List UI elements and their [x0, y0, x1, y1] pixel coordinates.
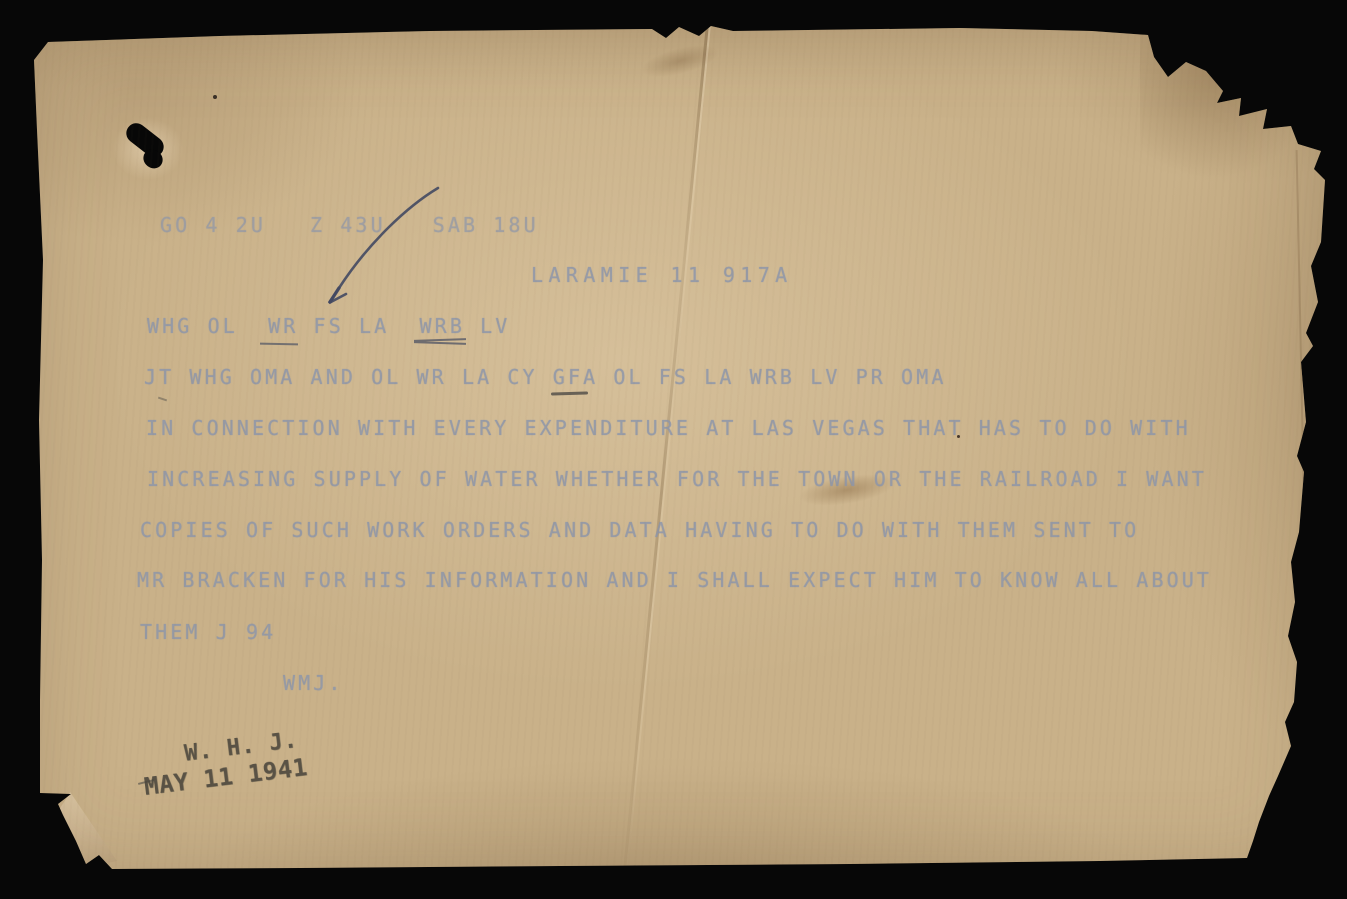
origin-dateline: LARAMIE 11 917A — [531, 264, 793, 286]
body-line: COPIES OF SUCH WORK ORDERS AND DATA HAVI… — [140, 519, 1139, 541]
service-code: GO 4 2U — [160, 213, 266, 237]
pencil-mark — [158, 397, 167, 402]
pen-underline-wr — [260, 343, 298, 346]
pen-slash-mark — [295, 176, 465, 321]
ink-speck — [213, 95, 217, 99]
body-line: MR BRACKEN FOR HIS INFORMATION AND I SHA… — [137, 569, 1212, 591]
scan-background: GO 4 2UZ 43USAB 18U LARAMIE 11 917A WHG … — [0, 0, 1347, 899]
body-line: THEM J 94 — [140, 621, 276, 643]
body-line: IN CONNECTION WITH EVERY EXPENDITURE AT … — [146, 417, 1191, 439]
torn-corner-shading — [1140, 32, 1335, 192]
telegram-paper: GO 4 2UZ 43USAB 18U LARAMIE 11 917A WHG … — [0, 0, 1347, 899]
torn-corner-flap — [57, 789, 117, 869]
date-stamp: W. H. J. MAY 11 1941 — [139, 727, 309, 801]
pencil-underline-gfa — [551, 392, 588, 396]
signature: WMJ. — [283, 672, 344, 694]
stain-smudge — [638, 39, 722, 84]
fold-crease — [622, 24, 709, 878]
body-line: INCREASING SUPPLY OF WATER WHETHER FOR T… — [147, 468, 1207, 490]
routing-line: JT WHG OMA AND OL WR LA CY GFA OL FS LA … — [144, 366, 946, 388]
edge-crease — [1296, 150, 1307, 570]
pen-underline-wrb — [414, 339, 466, 346]
